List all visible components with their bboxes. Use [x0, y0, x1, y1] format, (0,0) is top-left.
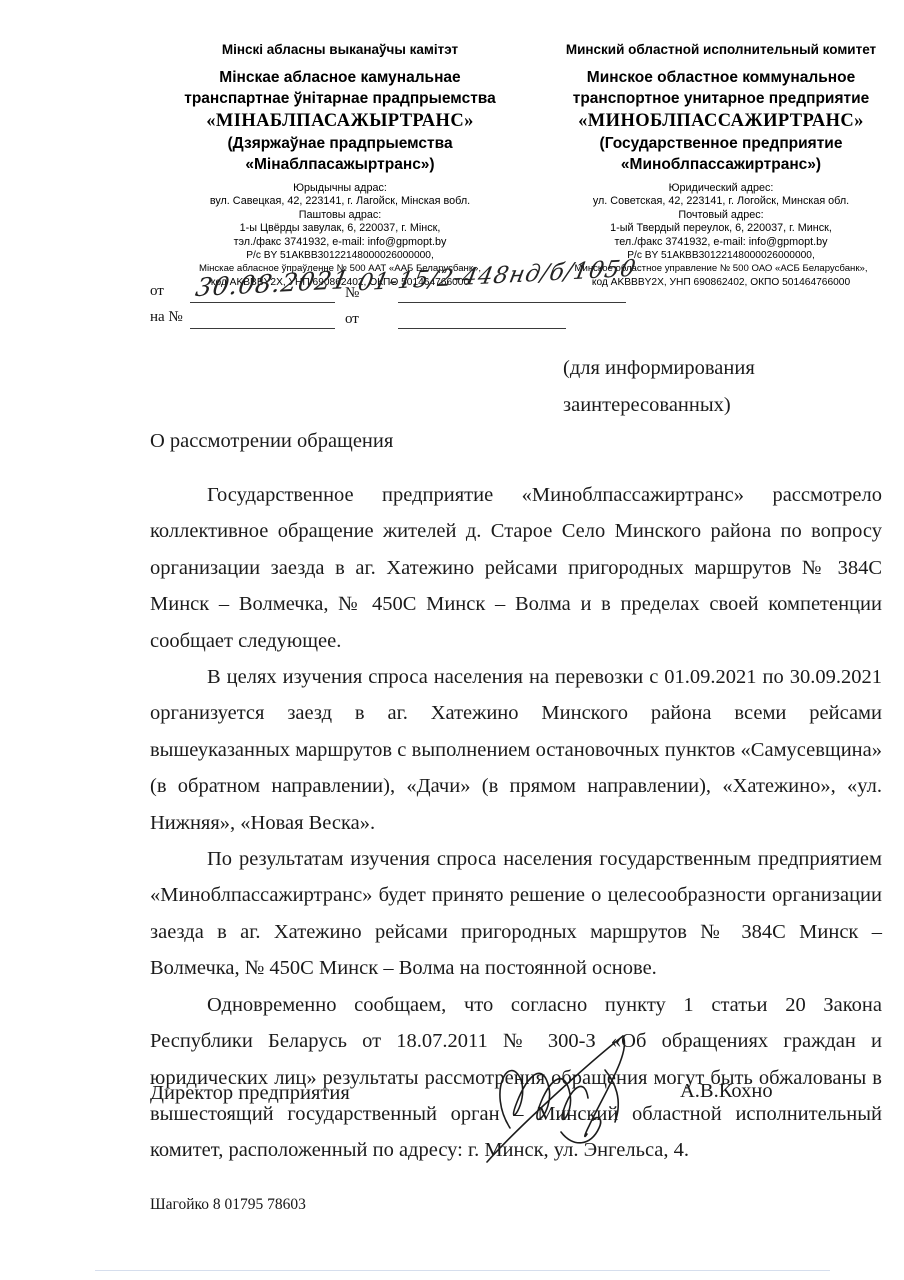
org-name-ru: «МИНОБЛПАССАЖИРТРАНС» [540, 109, 902, 133]
ref-date-line [190, 302, 335, 303]
scanned-letter-page: Мінскі абласны выканаўчы камітэт Мінскае… [0, 0, 904, 1280]
address-line: 1-ы Цвёрды завулак, 6, 220037, г. Мінск, [138, 222, 542, 235]
address-line: Паштовы адрас: [138, 209, 542, 222]
paragraph: По результатам изучения спроса населения… [150, 841, 882, 987]
paragraph: Государственное предприятие «Миноблпасса… [150, 477, 882, 659]
org-line-ru: транспортное унитарное предприятие [540, 88, 902, 109]
ref-number-line [398, 302, 626, 303]
org-sub-line-ru: «Миноблпассажиртранс») [540, 154, 902, 175]
ref-from2-label: от [345, 311, 359, 328]
org-sub-line-ru: (Государственное предприятие [540, 133, 902, 154]
info-note-line: заинтересованных) [563, 387, 833, 424]
letterhead-russian: Минский областной исполнительный комитет… [540, 42, 902, 289]
ref-on-number-line [190, 328, 335, 329]
address-line: ул. Советская, 42, 223141, г. Логойск, М… [540, 195, 902, 208]
org-sub-line-by: «Мінаблпасажыртранс») [138, 154, 542, 175]
address-line: тэл./факс 3741932, e-mail: info@gpmopt.b… [138, 236, 542, 249]
org-sub-line-by: (Дзяржаўнае прадпрыемства [138, 133, 542, 154]
ref-on-number-label: на № [150, 309, 183, 326]
info-note: (для информирования заинтересованных) [563, 350, 833, 424]
info-note-line: (для информирования [563, 350, 833, 387]
ref-from-label: от [150, 283, 164, 300]
address-line: 1-ый Твердый переулок, 6, 220037, г. Мин… [540, 222, 902, 235]
address-line: вул. Савецкая, 42, 223141, г. Лагойск, М… [138, 195, 542, 208]
signature-icon [465, 1030, 675, 1170]
org-line-by: транспартнае ўнітарнае прадпрыемства [138, 88, 542, 109]
address-line: тел./факс 3741932, e-mail: info@gpmopt.b… [540, 236, 902, 249]
org-line-ru: Минское областное коммунальное [540, 67, 902, 88]
committee-name-by: Мінскі абласны выканаўчы камітэт [138, 42, 542, 58]
letterhead-belarusian: Мінскі абласны выканаўчы камітэт Мінскае… [138, 42, 542, 289]
paragraph: В целях изучения спроса населения на пер… [150, 659, 882, 841]
address-line: Юридический адрес: [540, 182, 902, 195]
executor-contact: Шагойко 8 01795 78603 [150, 1196, 306, 1214]
address-line: Почтовый адрес: [540, 209, 902, 222]
address-line: Р/с BY 51АКВВ30122148000026000000, [138, 249, 542, 262]
signer-position: Директор предприятия [150, 1082, 350, 1105]
bottom-scan-line [95, 1270, 830, 1271]
org-name-by: «МІНАБЛПАСАЖЫРТРАНС» [138, 109, 542, 133]
org-line-by: Мінскае абласное камунальнае [138, 67, 542, 88]
signer-name: А.В.Кохно [680, 1080, 773, 1103]
committee-name-ru: Минский областной исполнительный комитет [540, 42, 902, 58]
subject-line: О рассмотрении обращения [150, 430, 393, 453]
ref-from2-line [398, 328, 566, 329]
address-line: Юрыдычны адрас: [138, 182, 542, 195]
